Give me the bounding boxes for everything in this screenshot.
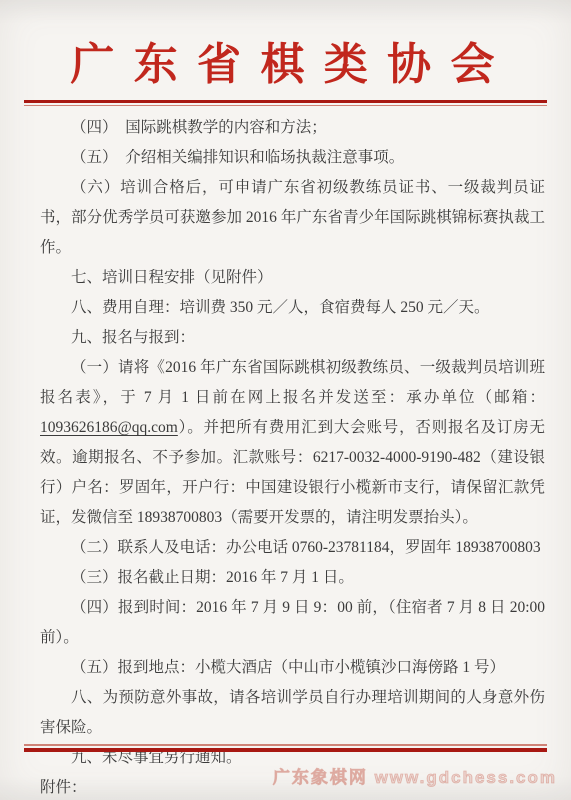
item-7-training-schedule: 七、培训日程安排（见附件） bbox=[40, 263, 545, 293]
clause-6-certificates: （六）培训合格后，可申请广东省初级教练员证书、一级裁判员证书，部分优秀学员可获邀… bbox=[40, 173, 545, 263]
notice-body: （四） 国际跳棋教学的内容和方法； （五） 介绍相关编排知识和临场执裁注意事项。… bbox=[0, 106, 571, 800]
email-address: 1093626186@qq.com bbox=[40, 419, 178, 436]
reg-5-checkin-place: （五）报到地点：小榄大酒店（中山市小榄镇沙口海傍路 1 号） bbox=[40, 653, 545, 683]
footer-divider-thick-line bbox=[24, 748, 547, 752]
clause-4-teaching-content: （四） 国际跳棋教学的内容和方法； bbox=[40, 113, 545, 143]
reg-1-text-before-email: （一）请将《2016 年广东省国际跳棋初级教练员、一级裁判员培训班报名表》，于 … bbox=[40, 359, 545, 406]
letterhead: 广东省棋类协会 bbox=[0, 0, 571, 106]
item-8b-insurance: 八、为预防意外事故，请各培训学员自行办理培训期间的人身意外伤害保险。 bbox=[40, 683, 545, 743]
header-divider-thick-line bbox=[24, 100, 547, 103]
footer-divider bbox=[24, 744, 547, 752]
org-title: 广东省棋类协会 bbox=[0, 36, 571, 94]
scanned-notice-page: 广东省棋类协会 （四） 国际跳棋教学的内容和方法； （五） 介绍相关编排知识和临… bbox=[0, 0, 571, 800]
item-9-registration-heading: 九、报名与报到： bbox=[40, 323, 545, 353]
reg-1-signup-and-payment: （一）请将《2016 年广东省国际跳棋初级教练员、一级裁判员培训班报名表》，于 … bbox=[40, 353, 545, 533]
clause-5-refereeing-knowledge: （五） 介绍相关编排知识和临场执裁注意事项。 bbox=[40, 143, 545, 173]
reg-3-deadline: （三）报名截止日期：2016 年 7 月 1 日。 bbox=[40, 563, 545, 593]
reg-2-contact-phone: （二）联系人及电话：办公电话 0760-23781184，罗固年 1893870… bbox=[40, 533, 545, 563]
site-watermark: 广东象棋网 www.gdchess.com bbox=[0, 763, 571, 788]
reg-4-checkin-time: （四）报到时间：2016 年 7 月 9 日 9：00 前，（住宿者 7 月 8… bbox=[40, 593, 545, 653]
footer-divider-thin-line bbox=[24, 744, 547, 746]
page-footer: 广东象棋网 www.gdchess.com bbox=[0, 735, 571, 800]
item-8-fees: 八、费用自理：培训费 350 元／人，食宿费每人 250 元／天。 bbox=[40, 293, 545, 323]
